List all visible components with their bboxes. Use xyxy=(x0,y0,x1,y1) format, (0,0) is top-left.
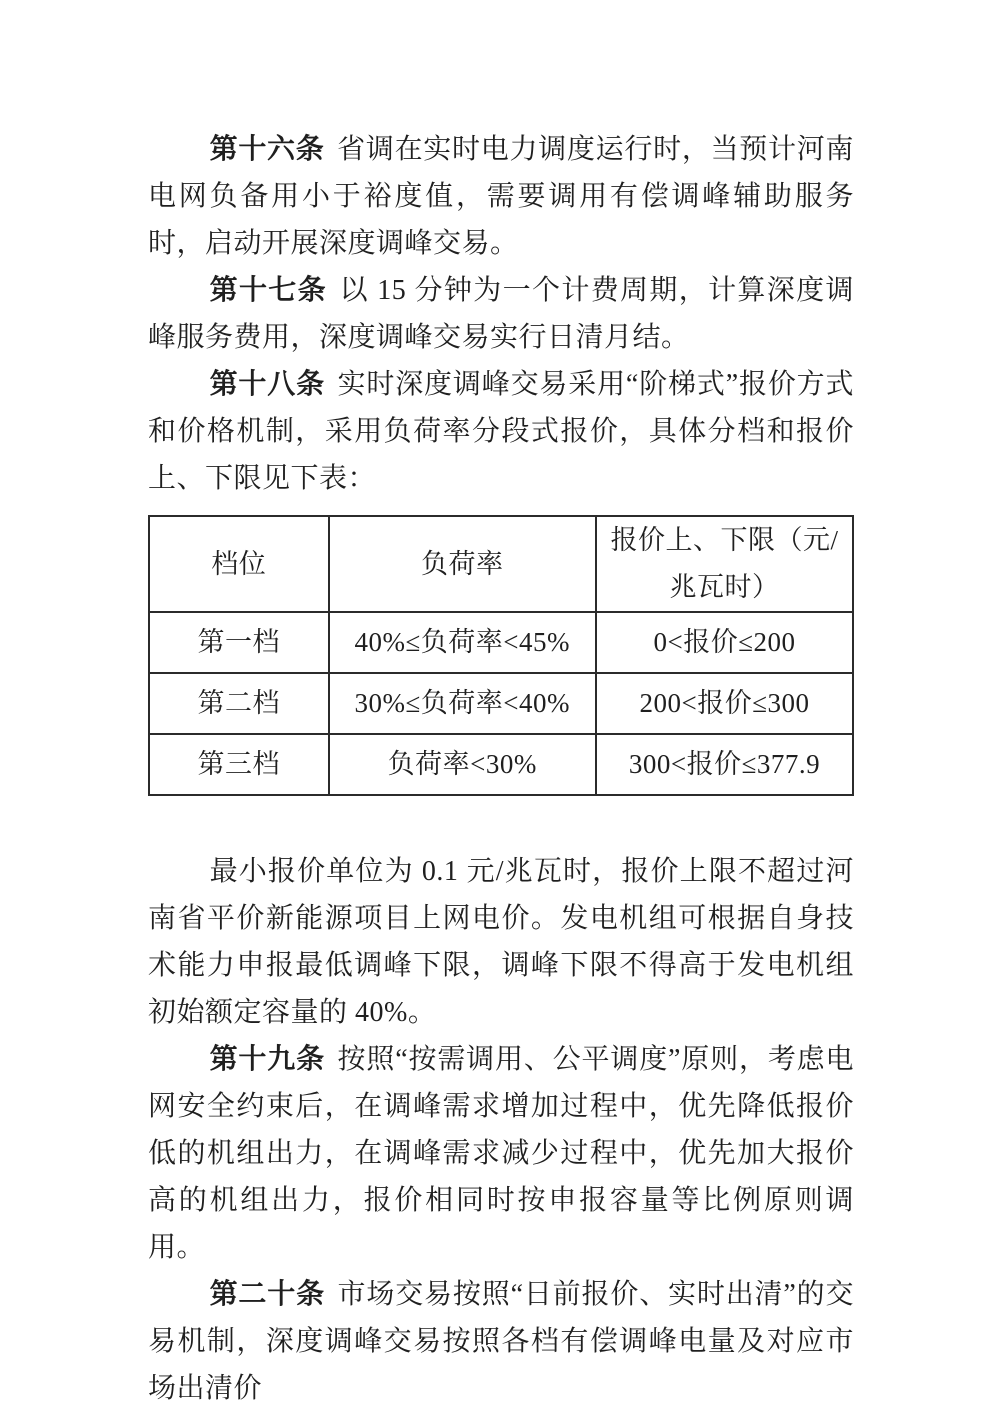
tier-1-name: 第一档 xyxy=(149,612,329,673)
article-19-text: 按照“按需调用、公平调度”原则，考虑电网安全约束后，在调峰需求增加过程中，优先降… xyxy=(148,1044,854,1263)
tier-3-load-rate: 负荷率<30% xyxy=(329,734,597,795)
tier-2-price-range: 200<报价≤300 xyxy=(596,673,853,734)
column-header-load-rate: 负荷率 xyxy=(329,516,597,612)
pricing-tier-table: 档位 负荷率 报价上、下限（元/兆瓦时） 第一档 40%≤负荷率<45% 0<报… xyxy=(148,515,854,796)
tier-2-load-rate: 30%≤负荷率<40% xyxy=(329,673,597,734)
tier-2-name: 第二档 xyxy=(149,673,329,734)
tier-3-price-range: 300<报价≤377.9 xyxy=(596,734,853,795)
table-header-row: 档位 负荷率 报价上、下限（元/兆瓦时） xyxy=(149,516,853,612)
article-19-paragraph: 第十九条按照“按需调用、公平调度”原则，考虑电网安全约束后，在调峰需求增加过程中… xyxy=(148,1036,854,1271)
min-bid-unit-text: 最小报价单位为 0.1 元/兆瓦时，报价上限不超过河南省平价新能源项目上网电价。… xyxy=(148,856,854,1028)
document-page: 第十六条省调在实时电力调度运行时，当预计河南电网负备用小于裕度值，需要调用有偿调… xyxy=(0,0,1000,1413)
article-17-paragraph: 第十七条以 15 分钟为一个计费周期，计算深度调峰服务费用，深度调峰交易实行日清… xyxy=(148,267,854,361)
min-bid-unit-paragraph: 最小报价单位为 0.1 元/兆瓦时，报价上限不超过河南省平价新能源项目上网电价。… xyxy=(148,848,854,1036)
table-row-tier-2: 第二档 30%≤负荷率<40% 200<报价≤300 xyxy=(149,673,853,734)
column-header-tier: 档位 xyxy=(149,516,329,612)
article-19-number: 第十九条 xyxy=(210,1044,325,1075)
article-16-paragraph: 第十六条省调在实时电力调度运行时，当预计河南电网负备用小于裕度值，需要调用有偿调… xyxy=(148,126,854,267)
article-20-paragraph: 第二十条市场交易按照“日前报价、实时出清”的交易机制，深度调峰交易按照各档有偿调… xyxy=(148,1271,854,1412)
tier-1-price-range: 0<报价≤200 xyxy=(596,612,853,673)
table-row-tier-1: 第一档 40%≤负荷率<45% 0<报价≤200 xyxy=(149,612,853,673)
article-20-number: 第二十条 xyxy=(210,1279,325,1310)
article-17-number: 第十七条 xyxy=(210,275,327,306)
article-18-number: 第十八条 xyxy=(210,369,325,400)
tier-1-load-rate: 40%≤负荷率<45% xyxy=(329,612,597,673)
tier-3-name: 第三档 xyxy=(149,734,329,795)
article-16-number: 第十六条 xyxy=(210,134,325,165)
table-row-tier-3: 第三档 负荷率<30% 300<报价≤377.9 xyxy=(149,734,853,795)
column-header-price-limits: 报价上、下限（元/兆瓦时） xyxy=(596,516,853,612)
article-18-paragraph: 第十八条实时深度调峰交易采用“阶梯式”报价方式和价格机制，采用负荷率分段式报价，… xyxy=(148,361,854,502)
